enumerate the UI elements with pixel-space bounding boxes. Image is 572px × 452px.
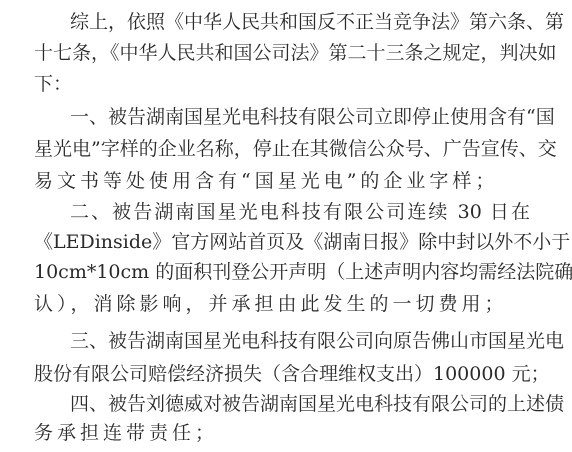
judgment-document-page: 综上，依照《中华人民共和国反不正当竞争法》第六条、第 十七条，《中华人民共和国公… [0,0,572,452]
text-line: 四、被告刘德威对被告湖南国星光电科技有限公司的上述债 [70,392,530,416]
text-line: 股份有限公司赔偿经济损失（含合理维权支出）100000 元； [34,362,530,386]
text-line: 星光电”字样的企业名称，停止在其微信公众号、广告宣传、交 [34,137,530,161]
text-line: 一、被告湖南国星光电科技有限公司立即停止使用含有“国 [70,105,530,129]
text-line: 下： [34,72,530,96]
text-line: 认），消除影响，并承担由此发生的一切费用； [34,292,530,316]
text-line: 二、被告湖南国星光电科技有限公司连续 30 日在 [70,200,530,224]
text-line: 十七条，《中华人民共和国公司法》第二十三条之规定，判决如 [34,41,530,65]
text-line: 易文书等处使用含有“国星光电”的企业字样； [34,169,530,193]
text-line: 务承担连带责任； [34,421,530,445]
text-line: 综上，依照《中华人民共和国反不正当竞争法》第六条、第 [70,10,530,34]
text-line: 《LEDinside》官方网站首页及《湖南日报》除中封以外不小于 [34,230,530,254]
text-line: 三、被告湖南国星光电科技有限公司向原告佛山市国星光电 [70,329,530,353]
text-line: 10cm*10cm 的面积刊登公开声明（上述声明内容均需经法院确 [34,260,530,284]
